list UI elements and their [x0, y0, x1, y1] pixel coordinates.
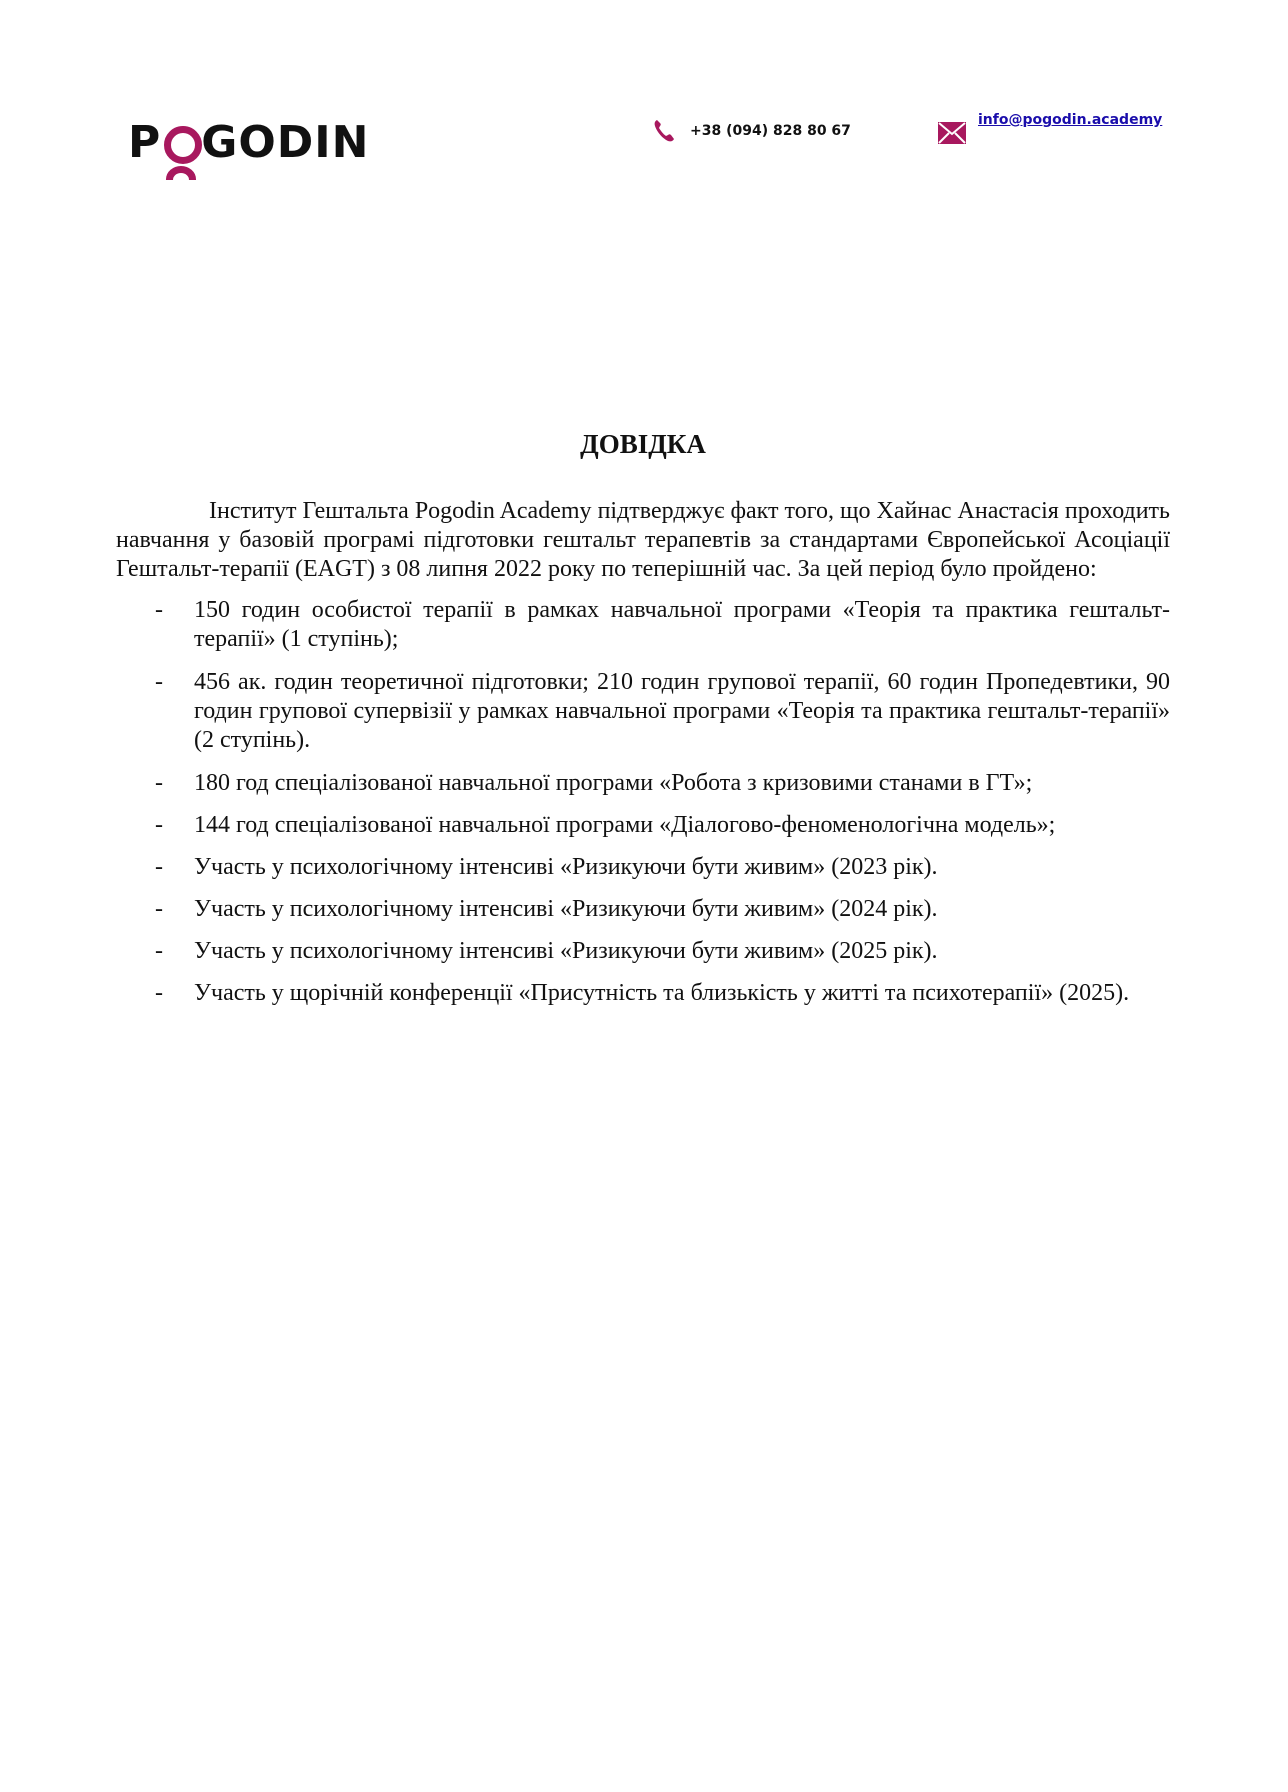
- logo-person-o-icon: [161, 120, 201, 166]
- list-item: -Участь у психологічному інтенсиві «Ризи…: [116, 895, 1170, 924]
- email-link[interactable]: info@pogodin.academy: [978, 112, 1162, 128]
- letterhead: PGODIN +38 (094) 828 80 67 info@pogodin.…: [0, 0, 1288, 200]
- phone-icon: [652, 118, 676, 144]
- list-item: -Участь у психологічному інтенсиві «Ризи…: [116, 937, 1170, 966]
- logo-letters: GODIN: [201, 117, 369, 168]
- certificate-body: ДОВІДКА Інститут Гештальта Pogodin Acade…: [116, 430, 1170, 1022]
- list-item: -144 год спеціалізованої навчальної прог…: [116, 811, 1170, 840]
- list-item: -180 год спеціалізованої навчальної прог…: [116, 769, 1170, 798]
- list-item: -Участь у психологічному інтенсиві «Ризи…: [116, 853, 1170, 882]
- list-item: -150 годин особистої терапії в рамках на…: [116, 596, 1170, 654]
- list-item: -Участь у щорічній конференції «Присутні…: [116, 979, 1170, 1008]
- logo-letter-p: P: [128, 117, 161, 168]
- contact-email: info@pogodin.academy: [938, 112, 1162, 144]
- intro-paragraph: Інститут Гештальта Pogodin Academy підтв…: [116, 497, 1170, 584]
- contact-phone: +38 (094) 828 80 67: [652, 118, 851, 144]
- pogodin-logo: PGODIN: [128, 120, 370, 180]
- list-item: -456 ак. годин теоретичної підготовки; 2…: [116, 668, 1170, 755]
- completed-items-list: -150 годин особистої терапії в рамках на…: [116, 596, 1170, 1008]
- mail-icon: [938, 122, 966, 144]
- document-title: ДОВІДКА: [116, 430, 1170, 459]
- phone-number: +38 (094) 828 80 67: [690, 123, 851, 139]
